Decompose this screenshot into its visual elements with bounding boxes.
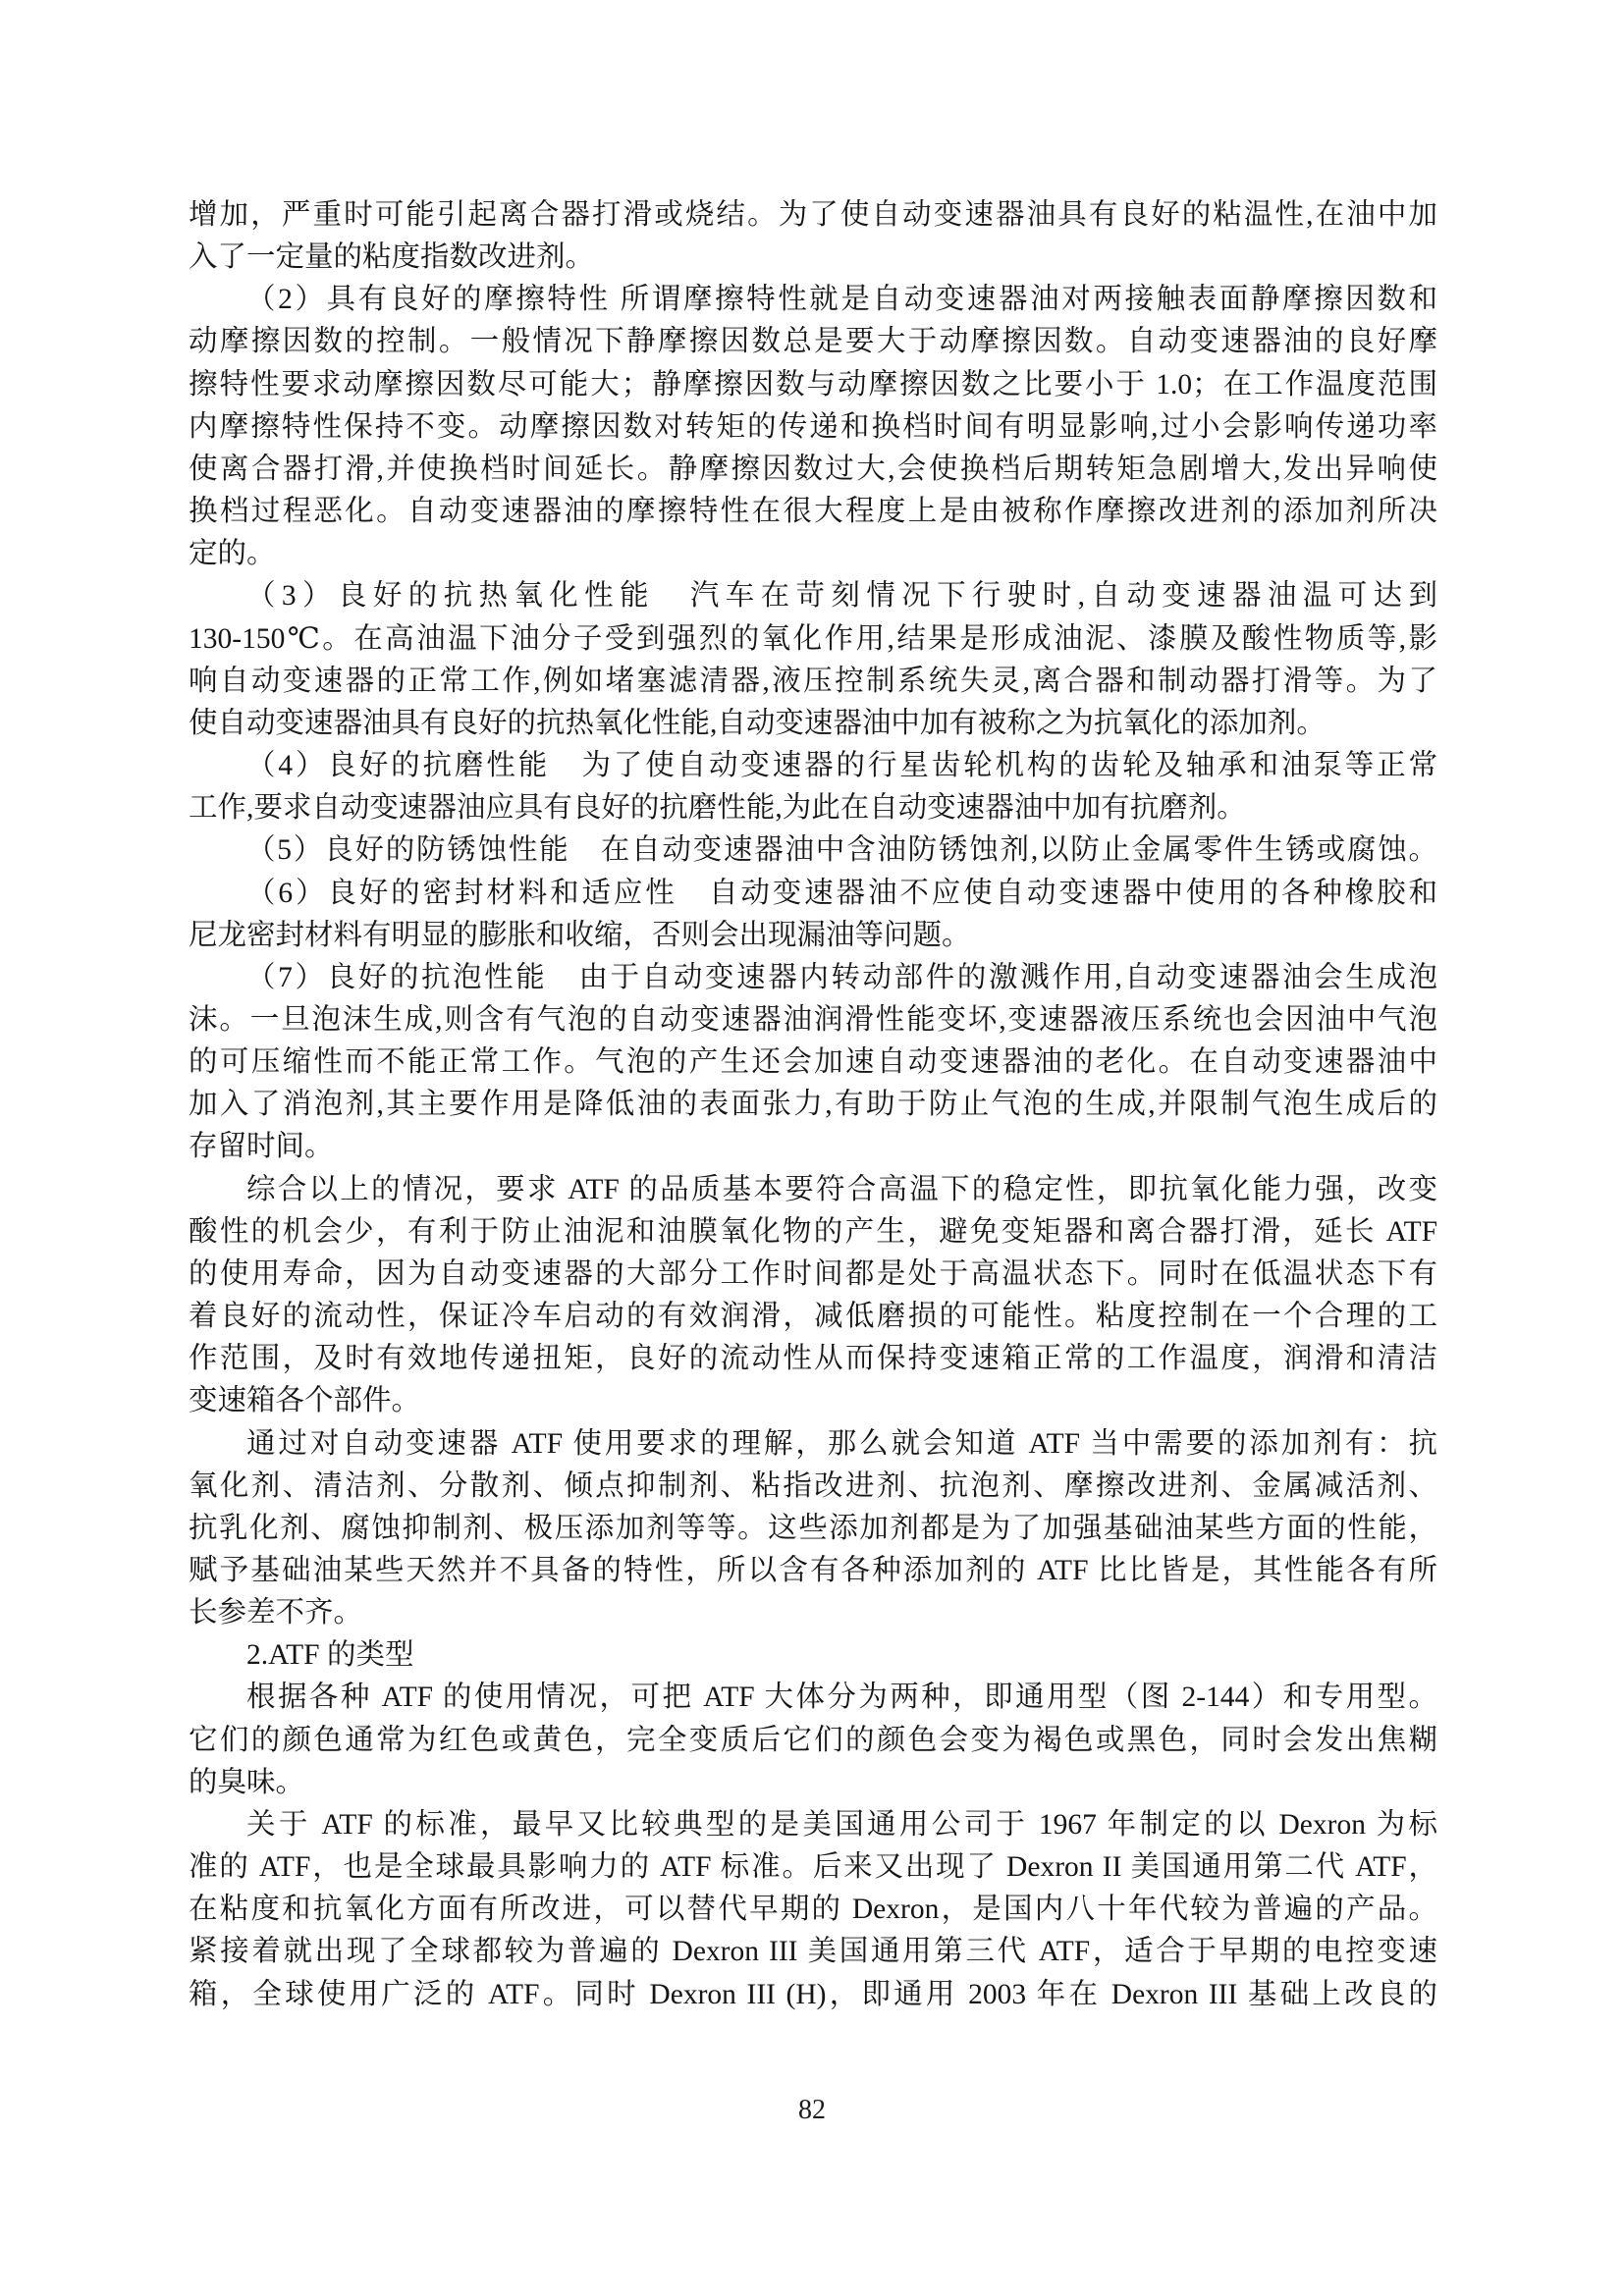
text-line: （5）良好的防锈蚀性能 在自动变速器油中含油防锈蚀剂,以防止金属零件生锈或腐蚀。 xyxy=(189,829,1437,872)
text-line: 动摩擦因数的控制。一般情况下静摩擦因数总是要大于动摩擦因数。自动变速器油的良好摩 xyxy=(189,321,1437,363)
text-line: 的使用寿命，因为自动变速器的大部分工作时间都是处于高温状态下。同时在低温状态下有 xyxy=(189,1254,1437,1296)
text-line: 响自动变速器的正常工作,例如堵塞滤清器,液压控制系统失灵,离合器和制动器打滑等。… xyxy=(189,661,1437,703)
text-line: 准的 ATF，也是全球最具影响力的 ATF 标准。后来又出现了 Dexron I… xyxy=(189,1846,1437,1889)
text-line: 尼龙密封材料有明显的膨胀和收缩，否则会出现漏油等问题。 xyxy=(189,915,1437,957)
text-line: 增加，严重时可能引起离合器打滑或烧结。为了使自动变速器油具有良好的粘温性,在油中… xyxy=(189,194,1437,237)
text-line: 入了一定量的粘度指数改进剂。 xyxy=(189,237,1437,279)
body-text: 增加，严重时可能引起离合器打滑或烧结。为了使自动变速器油具有良好的粘温性,在油中… xyxy=(189,194,1437,2016)
text-line: 箱，全球使用广泛的 ATF。同时 Dexron III (H)，即通用 2003… xyxy=(189,1974,1437,2016)
text-line: 的臭味。 xyxy=(189,1762,1437,1804)
text-line: 2.ATF 的类型 xyxy=(189,1634,1437,1677)
page-number: 82 xyxy=(0,2095,1624,2126)
text-line: 工作,要求自动变速器油应具有良好的抗磨性能,为此在自动变速器油中加有抗磨剂。 xyxy=(189,787,1437,829)
text-line: 在粘度和抗氧化方面有所改进，可以替代早期的 Dexron，是国内八十年代较为普遍… xyxy=(189,1889,1437,1931)
text-line: 通过对自动变速器 ATF 使用要求的理解，那么就会知道 ATF 当中需要的添加剂… xyxy=(189,1423,1437,1466)
text-line: 氧化剂、清洁剂、分散剂、倾点抑制剂、粘指改进剂、抗泡剂、摩擦改进剂、金属减活剂、 xyxy=(189,1466,1437,1508)
text-line: 存留时间。 xyxy=(189,1126,1437,1168)
text-line: 换档过程恶化。自动变速器油的摩擦特性在很大程度上是由被称作摩擦改进剂的添加剂所决 xyxy=(189,491,1437,533)
text-line: 的可压缩性而不能正常工作。气泡的产生还会加速自动变速器油的老化。在自动变速器油中 xyxy=(189,1041,1437,1084)
text-line: 赋予基础油某些天然并不具备的特性，所以含有各种添加剂的 ATF 比比皆是，其性能… xyxy=(189,1550,1437,1592)
text-line: 定的。 xyxy=(189,533,1437,575)
text-line: 综合以上的情况，要求 ATF 的品质基本要符合高温下的稳定性，即抗氧化能力强，改… xyxy=(189,1169,1437,1211)
text-line: 加入了消泡剂,其主要作用是降低油的表面张力,有助于防止气泡的生成,并限制气泡生成… xyxy=(189,1084,1437,1126)
text-line: 内摩擦特性保持不变。动摩擦因数对转矩的传递和换档时间有明显影响,过小会影响传递功… xyxy=(189,406,1437,449)
text-line: 使自动变速器油具有良好的抗热氧化性能,自动变速器油中加有被称之为抗氧化的添加剂。 xyxy=(189,703,1437,745)
text-line: 紧接着就出现了全球都较为普遍的 Dexron III 美国通用第三代 ATF，适… xyxy=(189,1931,1437,1973)
text-line: 酸性的机会少，有利于防止油泥和油膜氧化物的产生，避免变矩器和离合器打滑，延长 A… xyxy=(189,1211,1437,1254)
text-line: 关于 ATF 的标准，最早又比较典型的是美国通用公司于 1967 年制定的以 D… xyxy=(189,1804,1437,1846)
text-line: 变速箱各个部件。 xyxy=(189,1380,1437,1422)
text-line: 沫。一旦泡沫生成,则含有气泡的自动变速器油润滑性能变坏,变速器液压系统也会因油中… xyxy=(189,999,1437,1041)
text-line: 作范围，及时有效地传递扭矩，良好的流动性从而保持变速箱正常的工作温度，润滑和清洁 xyxy=(189,1338,1437,1380)
text-line: （3）良好的抗热氧化性能 汽车在苛刻情况下行驶时,自动变速器油温可达到 xyxy=(189,575,1437,617)
text-line: 长参差不齐。 xyxy=(189,1592,1437,1634)
text-line: 擦特性要求动摩擦因数尽可能大；静摩擦因数与动摩擦因数之比要小于 1.0；在工作温… xyxy=(189,364,1437,406)
document-page: 增加，严重时可能引起离合器打滑或烧结。为了使自动变速器油具有良好的粘温性,在油中… xyxy=(0,0,1624,2296)
text-line: （7）良好的抗泡性能 由于自动变速器内转动部件的激溅作用,自动变速器油会生成泡 xyxy=(189,957,1437,999)
text-line: 抗乳化剂、腐蚀抑制剂、极压添加剂等等。这些添加剂都是为了加强基础油某些方面的性能… xyxy=(189,1508,1437,1550)
text-line: 130-150℃。在高油温下油分子受到强烈的氧化作用,结果是形成油泥、漆膜及酸性… xyxy=(189,618,1437,661)
text-line: （6）良好的密封材料和适应性 自动变速器油不应使自动变速器中使用的各种橡胶和 xyxy=(189,873,1437,915)
text-line: 着良好的流动性，保证冷车启动的有效润滑，减低磨损的可能性。粘度控制在一个合理的工 xyxy=(189,1296,1437,1338)
text-line: （4）良好的抗磨性能 为了使自动变速器的行星齿轮机构的齿轮及轴承和油泵等正常 xyxy=(189,745,1437,787)
text-line: 根据各种 ATF 的使用情况，可把 ATF 大体分为两种，即通用型（图 2-14… xyxy=(189,1677,1437,1719)
text-line: （2）具有良好的摩擦特性 所谓摩擦特性就是自动变速器油对两接触表面静摩擦因数和 xyxy=(189,279,1437,321)
text-line: 它们的颜色通常为红色或黄色，完全变质后它们的颜色会变为褐色或黑色，同时会发出焦糊 xyxy=(189,1720,1437,1762)
text-line: 使离合器打滑,并使换档时间延长。静摩擦因数过大,会使换档后期转矩急剧增大,发出异… xyxy=(189,449,1437,491)
